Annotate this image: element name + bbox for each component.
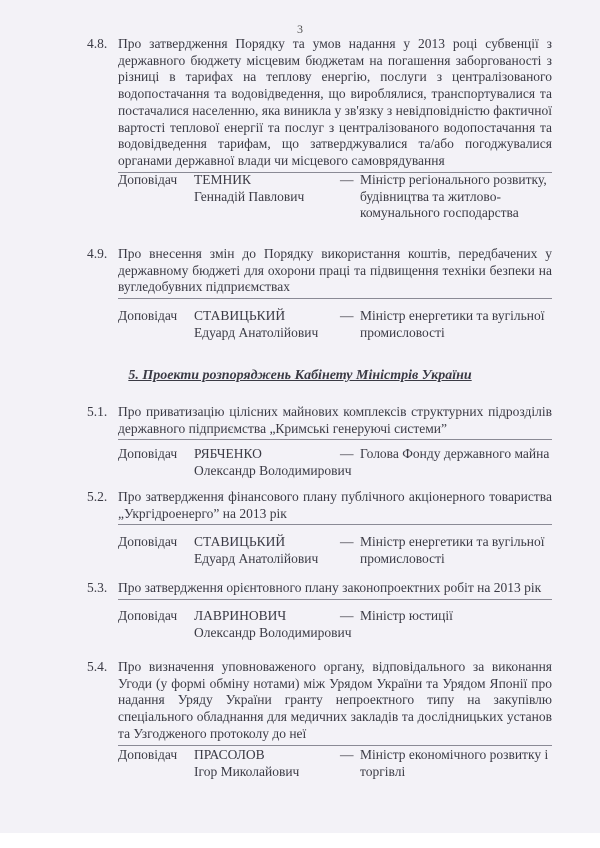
dash: — bbox=[340, 534, 354, 551]
speaker-surname: ПРАСОЛОВ bbox=[194, 747, 265, 762]
speaker-name: РЯБЧЕНКО Олександр Володимирович bbox=[194, 446, 352, 479]
speaker-given-names: Едуард Анатолійович bbox=[194, 551, 318, 566]
speaker-label: Доповідач bbox=[118, 534, 177, 551]
item-number: 5.1. bbox=[87, 404, 107, 420]
speaker-name: ПРАСОЛОВ Ігор Миколайович bbox=[194, 747, 299, 780]
agenda-item-5-3: 5.3. Про затвердження орієнтовного плану… bbox=[87, 580, 552, 600]
speaker-given-names: Едуард Анатолійович bbox=[194, 325, 318, 340]
speaker-role: Міністр енергетики та вугільної промисло… bbox=[360, 534, 560, 567]
item-text: Про визначення уповноваженого органу, ві… bbox=[118, 659, 552, 746]
agenda-item-4-8: 4.8. Про затвердження Порядку та умов на… bbox=[87, 36, 552, 173]
dash: — bbox=[340, 446, 354, 463]
speaker-role: Міністр енергетики та вугільної промисло… bbox=[360, 308, 560, 341]
speaker-name: СТАВИЦЬКИЙ Едуард Анатолійович bbox=[194, 308, 318, 341]
item-number: 5.2. bbox=[87, 489, 107, 505]
item-text: Про внесення змін до Порядку використанн… bbox=[118, 246, 552, 299]
dash: — bbox=[340, 172, 354, 189]
speaker-label: Доповідач bbox=[118, 172, 177, 189]
speaker-given-names: Олександр Володимирович bbox=[194, 625, 352, 640]
section-heading: 5. Проекти розпоряджень Кабінету Міністр… bbox=[0, 368, 600, 384]
speaker-role: Міністр регіонального розвитку, будівниц… bbox=[360, 172, 560, 222]
speaker-given-names: Олександр Володимирович bbox=[194, 463, 352, 478]
speaker-name: ЛАВРИНОВИЧ Олександр Володимирович bbox=[194, 608, 352, 641]
agenda-item-5-4: 5.4. Про визначення уповноваженого орган… bbox=[87, 659, 552, 746]
speaker-role: Голова Фонду державного майна bbox=[360, 446, 560, 463]
speaker-label: Доповідач bbox=[118, 446, 177, 463]
agenda-item-4-9: 4.9. Про внесення змін до Порядку викори… bbox=[87, 246, 552, 299]
speaker-surname: СТАВИЦЬКИЙ bbox=[194, 534, 285, 549]
document-page: 3 4.8. Про затвердження Порядку та умов … bbox=[0, 0, 600, 833]
speaker-label: Доповідач bbox=[118, 308, 177, 325]
item-number: 4.9. bbox=[87, 246, 107, 262]
agenda-item-5-1: 5.1. Про приватизацію цілісних майнових … bbox=[87, 404, 552, 440]
speaker-surname: СТАВИЦЬКИЙ bbox=[194, 308, 285, 323]
dash: — bbox=[340, 608, 354, 625]
dash: — bbox=[340, 747, 354, 764]
item-text: Про затвердження Порядку та умов надання… bbox=[118, 36, 552, 173]
item-text: Про затвердження фінансового плану публі… bbox=[118, 489, 552, 525]
speaker-surname: ЛАВРИНОВИЧ bbox=[194, 608, 286, 623]
speaker-role: Міністр юстиції bbox=[360, 608, 560, 625]
agenda-item-5-2: 5.2. Про затвердження фінансового плану … bbox=[87, 489, 552, 525]
item-number: 5.4. bbox=[87, 659, 107, 675]
speaker-role: Міністр економічного розвитку і торгівлі bbox=[360, 747, 560, 780]
item-text: Про приватизацію цілісних майнових компл… bbox=[118, 404, 552, 440]
dash: — bbox=[340, 308, 354, 325]
speaker-name: ТЕМНИК Геннадій Павлович bbox=[194, 172, 304, 205]
item-text: Про затвердження орієнтовного плану зако… bbox=[118, 580, 552, 600]
speaker-given-names: Ігор Миколайович bbox=[194, 764, 299, 779]
item-number: 4.8. bbox=[87, 36, 107, 52]
speaker-name: СТАВИЦЬКИЙ Едуард Анатолійович bbox=[194, 534, 318, 567]
speaker-label: Доповідач bbox=[118, 608, 177, 625]
speaker-surname: ТЕМНИК bbox=[194, 172, 251, 187]
speaker-given-names: Геннадій Павлович bbox=[194, 189, 304, 204]
item-number: 5.3. bbox=[87, 580, 107, 596]
page-number: 3 bbox=[0, 22, 600, 37]
speaker-label: Доповідач bbox=[118, 747, 177, 764]
speaker-surname: РЯБЧЕНКО bbox=[194, 446, 262, 461]
